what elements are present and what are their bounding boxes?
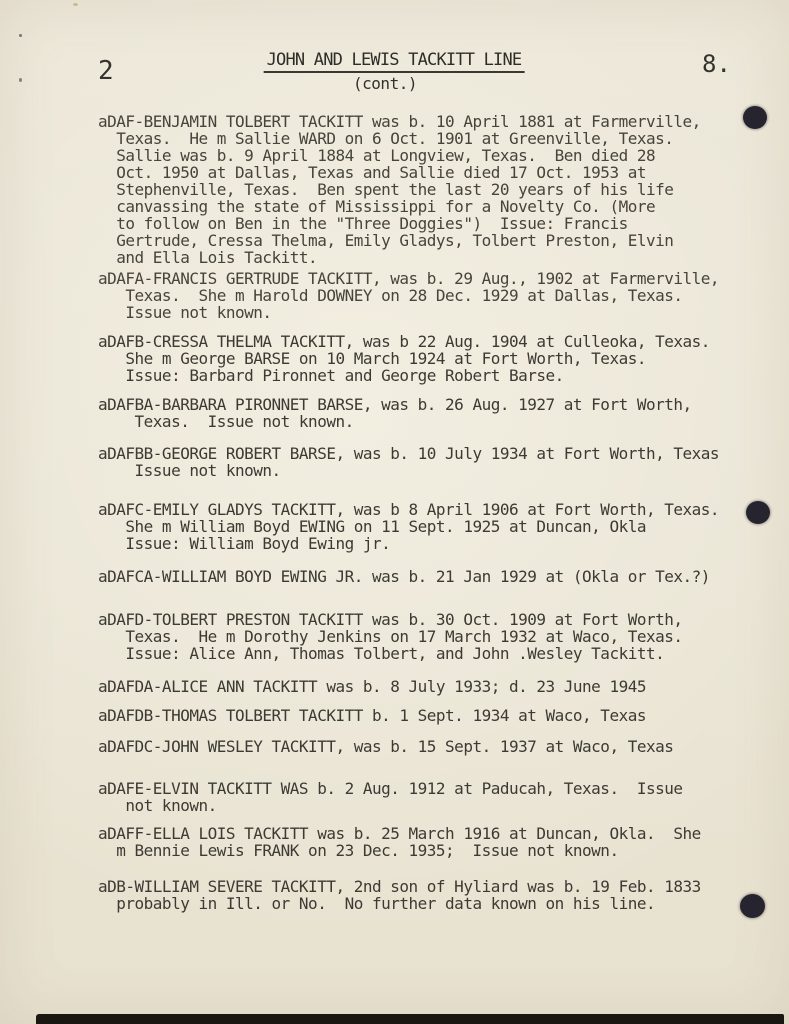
genealogy-entry: aDAFCA-WILLIAM BOYD EWING JR. was b. 21 … (98, 568, 758, 585)
paper-speck (19, 78, 22, 82)
paper-speck (73, 3, 78, 6)
genealogy-entry: aDB-WILLIAM SEVERE TACKITT, 2nd son of H… (98, 878, 758, 912)
document-page: 2 JOHN AND LEWIS TACKITT LINE (cont.) 8.… (0, 0, 789, 1024)
genealogy-entry: aDAFDC-JOHN WESLEY TACKITT, was b. 15 Se… (98, 738, 758, 755)
punch-hole (746, 501, 770, 524)
page-number-right: 8. (702, 52, 731, 76)
genealogy-entry: aDAFE-ELVIN TACKITT WAS b. 2 Aug. 1912 a… (98, 780, 758, 814)
paper-speck (19, 34, 22, 37)
genealogy-entry: aDAFF-ELLA LOIS TACKITT was b. 25 March … (98, 825, 758, 859)
document-subtitle: (cont.) (353, 74, 417, 93)
scan-edge-strip (36, 1014, 784, 1024)
punch-hole (740, 894, 765, 918)
page-number-left: 2 (98, 58, 114, 84)
punch-hole (743, 106, 767, 129)
genealogy-entry: aDAFDA-ALICE ANN TACKITT was b. 8 July 1… (98, 678, 758, 695)
genealogy-entry: aDAFBB-GEORGE ROBERT BARSE, was b. 10 Ju… (98, 445, 758, 479)
genealogy-entry: aDAF-BENJAMIN TOLBERT TACKITT was b. 10 … (98, 113, 758, 266)
genealogy-entry: aDAFB-CRESSA THELMA TACKITT, was b 22 Au… (98, 333, 758, 384)
genealogy-entry: aDAFBA-BARBARA PIRONNET BARSE, was b. 26… (98, 396, 758, 430)
genealogy-entry: aDAFD-TOLBERT PRESTON TACKITT was b. 30 … (98, 611, 758, 662)
genealogy-entry: aDAFA-FRANCIS GERTRUDE TACKITT, was b. 2… (98, 270, 758, 321)
genealogy-entry: aDAFDB-THOMAS TOLBERT TACKITT b. 1 Sept.… (98, 707, 758, 724)
genealogy-entry: aDAFC-EMILY GLADYS TACKITT, was b 8 Apri… (98, 501, 758, 552)
entries-list: aDAF-BENJAMIN TOLBERT TACKITT was b. 10 … (98, 113, 758, 912)
document-title: JOHN AND LEWIS TACKITT LINE (264, 51, 525, 73)
